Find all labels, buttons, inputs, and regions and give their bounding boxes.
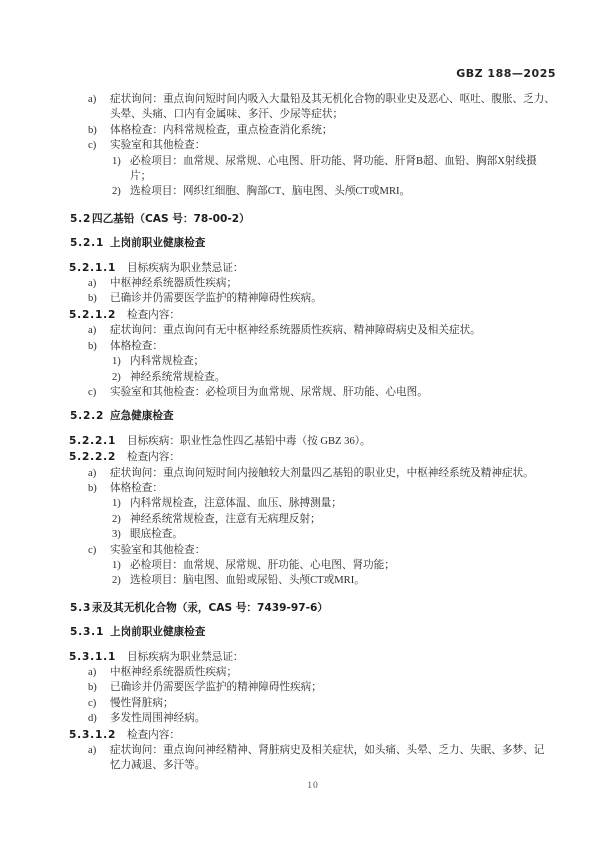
line-text: 检查内容：: [127, 452, 180, 463]
item-label: a): [88, 276, 110, 291]
line-text: 体格检查：内科常规检查，重点检查消化系统；: [110, 125, 332, 136]
line-text: 检查内容：: [127, 310, 180, 321]
clause-heading: 5.2四乙基铅（CAS 号：78-00-2）: [0, 212, 600, 227]
line-text: 必检项目：血常规、尿常规、心电图、肝功能、肾功能、肝肾B超、血铅、胸部X射线摄: [130, 156, 537, 167]
item-label: b): [88, 481, 110, 496]
list-item: d)多发性周围神经病。: [0, 711, 600, 726]
line-text: 神经系统常规检查，注意有无病理反射；: [130, 514, 321, 525]
subclause-heading: 5.2.1上岗前职业健康检查: [0, 236, 600, 251]
list-subitem: 1)内科常规检查；: [0, 354, 600, 369]
list-item: a)中枢神经系统器质性疾病；: [0, 276, 600, 291]
list-subitem: 3)眼底检查。: [0, 527, 600, 542]
list-item: b)已确诊并仍需要医学监护的精神障碍性疾病。: [0, 291, 600, 306]
list-subitem: 1)内科常规检查，注意体温、血压、脉搏测量；: [0, 496, 600, 511]
line-text: 症状询问：重点询问神经精神、肾脏病史及相关症状，如头痛、头晕、乏力、失眠、多梦、…: [110, 745, 544, 756]
clause-number: 5.3.1: [70, 625, 110, 640]
line-text: 中枢神经系统器质性疾病；: [110, 667, 237, 678]
clause-number: 5.2.1.2: [69, 308, 127, 323]
clause-entry: 5.2.1.2检查内容：: [0, 308, 600, 323]
line-text: 目标疾病：职业性急性四乙基铅中毒（按 GBZ 36）。: [127, 436, 371, 447]
list-item: a)症状询问：重点询问短时间内吸入大量铅及其无机化合物的职业史及恶心、呕吐、腹胀…: [0, 92, 600, 107]
page-number: 10: [70, 781, 556, 791]
item-label: c): [88, 696, 110, 711]
list-subitem: 2)选检项目：脑电图、血铅或尿铅、头颅CT或MRI。: [0, 573, 600, 588]
subclause-heading: 5.3.1上岗前职业健康检查: [0, 625, 600, 640]
item-label: c): [88, 385, 110, 400]
subclause-heading: 5.2.2应急健康检查: [0, 409, 600, 424]
line-text: 必检项目：血常规、尿常规、肝功能、心电图、肾功能；: [130, 560, 395, 571]
line-text: 神经系统常规检查。: [130, 372, 225, 383]
line-text: 应急健康检查: [110, 410, 174, 422]
list-item: a)症状询问：重点询问短时间内接触较大剂量四乙基铅的职业史，中枢神经系统及精神症…: [0, 466, 600, 481]
list-subitem: 1)必检项目：血常规、尿常规、心电图、肝功能、肾功能、肝肾B超、血铅、胸部X射线…: [0, 154, 600, 169]
list-item: b)已确诊并仍需要医学监护的精神障碍性疾病；: [0, 680, 600, 695]
list-item: b)体格检查：: [0, 339, 600, 354]
list-item: c)实验室和其他检查：: [0, 138, 600, 153]
clause-number: 5.2.2.2: [69, 450, 127, 465]
item-label: b): [88, 123, 110, 138]
clause-number: 5.2.2.1: [69, 434, 127, 449]
line-text: 片；: [130, 171, 151, 182]
line-text: 中枢神经系统器质性疾病；: [110, 278, 237, 289]
line-text: 体格检查：: [110, 483, 163, 494]
item-label: 1): [112, 558, 130, 573]
line-text: 上岗前职业健康检查: [110, 626, 205, 638]
line-text: 检查内容：: [127, 730, 180, 741]
line-text: 上岗前职业健康检查: [110, 237, 205, 249]
item-label: a): [88, 665, 110, 680]
list-item: a)症状询问：重点询问有无中枢神经系统器质性疾病、精神障碍病史及相关症状。: [0, 323, 600, 338]
item-label: d): [88, 711, 110, 726]
line-text: 目标疾病为职业禁忌证：: [127, 652, 244, 663]
line-text: 内科常规检查，注意体温、血压、脉搏测量；: [130, 498, 342, 509]
standard-number: GBZ 188—2025: [456, 67, 556, 80]
line-text: 汞及其无机化合物（汞，CAS 号：7439-97-6）: [92, 602, 328, 614]
item-label: 1): [112, 154, 130, 169]
clause-number: 5.2: [70, 212, 92, 227]
clause-number: 5.2.1.1: [69, 261, 127, 276]
clause-entry: 5.3.1.2检查内容：: [0, 728, 600, 743]
line-text: 体格检查：: [110, 341, 163, 352]
list-item: b)体格检查：内科常规检查，重点检查消化系统；: [0, 123, 600, 138]
clause-number: 5.3: [70, 601, 92, 616]
line-text: 已确诊并仍需要医学监护的精神障碍性疾病；: [110, 682, 322, 693]
line-text: 已确诊并仍需要医学监护的精神障碍性疾病。: [110, 293, 322, 304]
item-label: 2): [112, 573, 130, 588]
item-label: 1): [112, 496, 130, 511]
line-text: 头晕、头痛、口内有金属味、多汗、少尿等症状；: [110, 109, 343, 120]
line-text: 选检项目：脑电图、血铅或尿铅、头颅CT或MRI。: [130, 575, 365, 586]
continuation-line: 头晕、头痛、口内有金属味、多汗、少尿等症状；: [0, 107, 600, 122]
item-label: 3): [112, 527, 130, 542]
item-label: a): [88, 466, 110, 481]
item-label: b): [88, 291, 110, 306]
line-text: 实验室和其他检查：: [110, 140, 205, 151]
clause-number: 5.2.2: [70, 409, 110, 424]
line-text: 实验室和其他检查：必检项目为血常规、尿常规、肝功能、心电图。: [110, 387, 428, 398]
clause-entry: 5.2.1.1目标疾病为职业禁忌证：: [0, 261, 600, 276]
line-text: 多发性周围神经病。: [110, 713, 205, 724]
list-item: b)体格检查：: [0, 481, 600, 496]
continuation-line: 忆力减退、多汗等。: [0, 758, 600, 773]
clause-heading: 5.3汞及其无机化合物（汞，CAS 号：7439-97-6）: [0, 601, 600, 616]
item-label: b): [88, 680, 110, 695]
line-text: 症状询问：重点询问短时间内吸入大量铅及其无机化合物的职业史及恶心、呕吐、腹胀、乏…: [110, 94, 555, 105]
line-text: 四乙基铅（CAS 号：78-00-2）: [92, 213, 250, 225]
clause-entry: 5.3.1.1目标疾病为职业禁忌证：: [0, 650, 600, 665]
item-label: b): [88, 339, 110, 354]
item-label: 2): [112, 370, 130, 385]
clause-number: 5.3.1.2: [69, 728, 127, 743]
continuation-line: 片；: [0, 169, 600, 184]
line-text: 慢性肾脏病；: [110, 698, 174, 709]
clause-entry: 5.2.2.1目标疾病：职业性急性四乙基铅中毒（按 GBZ 36）。: [0, 434, 600, 449]
item-label: a): [88, 743, 110, 758]
list-item: c)实验室和其他检查：: [0, 543, 600, 558]
list-subitem: 2)神经系统常规检查，注意有无病理反射；: [0, 512, 600, 527]
document-body: a)症状询问：重点询问短时间内吸入大量铅及其无机化合物的职业史及恶心、呕吐、腹胀…: [0, 92, 600, 774]
line-text: 实验室和其他检查：: [110, 545, 205, 556]
item-label: 2): [112, 184, 130, 199]
line-text: 症状询问：重点询问短时间内接触较大剂量四乙基铅的职业史，中枢神经系统及精神症状。: [110, 468, 534, 479]
line-text: 症状询问：重点询问有无中枢神经系统器质性疾病、精神障碍病史及相关症状。: [110, 325, 481, 336]
line-text: 忆力减退、多汗等。: [110, 760, 205, 771]
item-label: a): [88, 92, 110, 107]
line-text: 眼底检查。: [130, 529, 183, 540]
list-item: a)症状询问：重点询问神经精神、肾脏病史及相关症状，如头痛、头晕、乏力、失眠、多…: [0, 743, 600, 758]
line-text: 选检项目：网织红细胞、胸部CT、脑电图、头颅CT或MRI。: [130, 186, 410, 197]
item-label: 2): [112, 512, 130, 527]
list-item: c)实验室和其他检查：必检项目为血常规、尿常规、肝功能、心电图。: [0, 385, 600, 400]
list-item: a)中枢神经系统器质性疾病；: [0, 665, 600, 680]
clause-number: 5.3.1.1: [69, 650, 127, 665]
list-subitem: 2)神经系统常规检查。: [0, 370, 600, 385]
item-label: c): [88, 543, 110, 558]
line-text: 目标疾病为职业禁忌证：: [127, 263, 244, 274]
list-subitem: 2)选检项目：网织红细胞、胸部CT、脑电图、头颅CT或MRI。: [0, 184, 600, 199]
list-subitem: 1)必检项目：血常规、尿常规、肝功能、心电图、肾功能；: [0, 558, 600, 573]
clause-number: 5.2.1: [70, 236, 110, 251]
clause-entry: 5.2.2.2检查内容：: [0, 450, 600, 465]
list-item: c)慢性肾脏病；: [0, 696, 600, 711]
item-label: 1): [112, 354, 130, 369]
line-text: 内科常规检查；: [130, 356, 204, 367]
item-label: c): [88, 138, 110, 153]
item-label: a): [88, 323, 110, 338]
